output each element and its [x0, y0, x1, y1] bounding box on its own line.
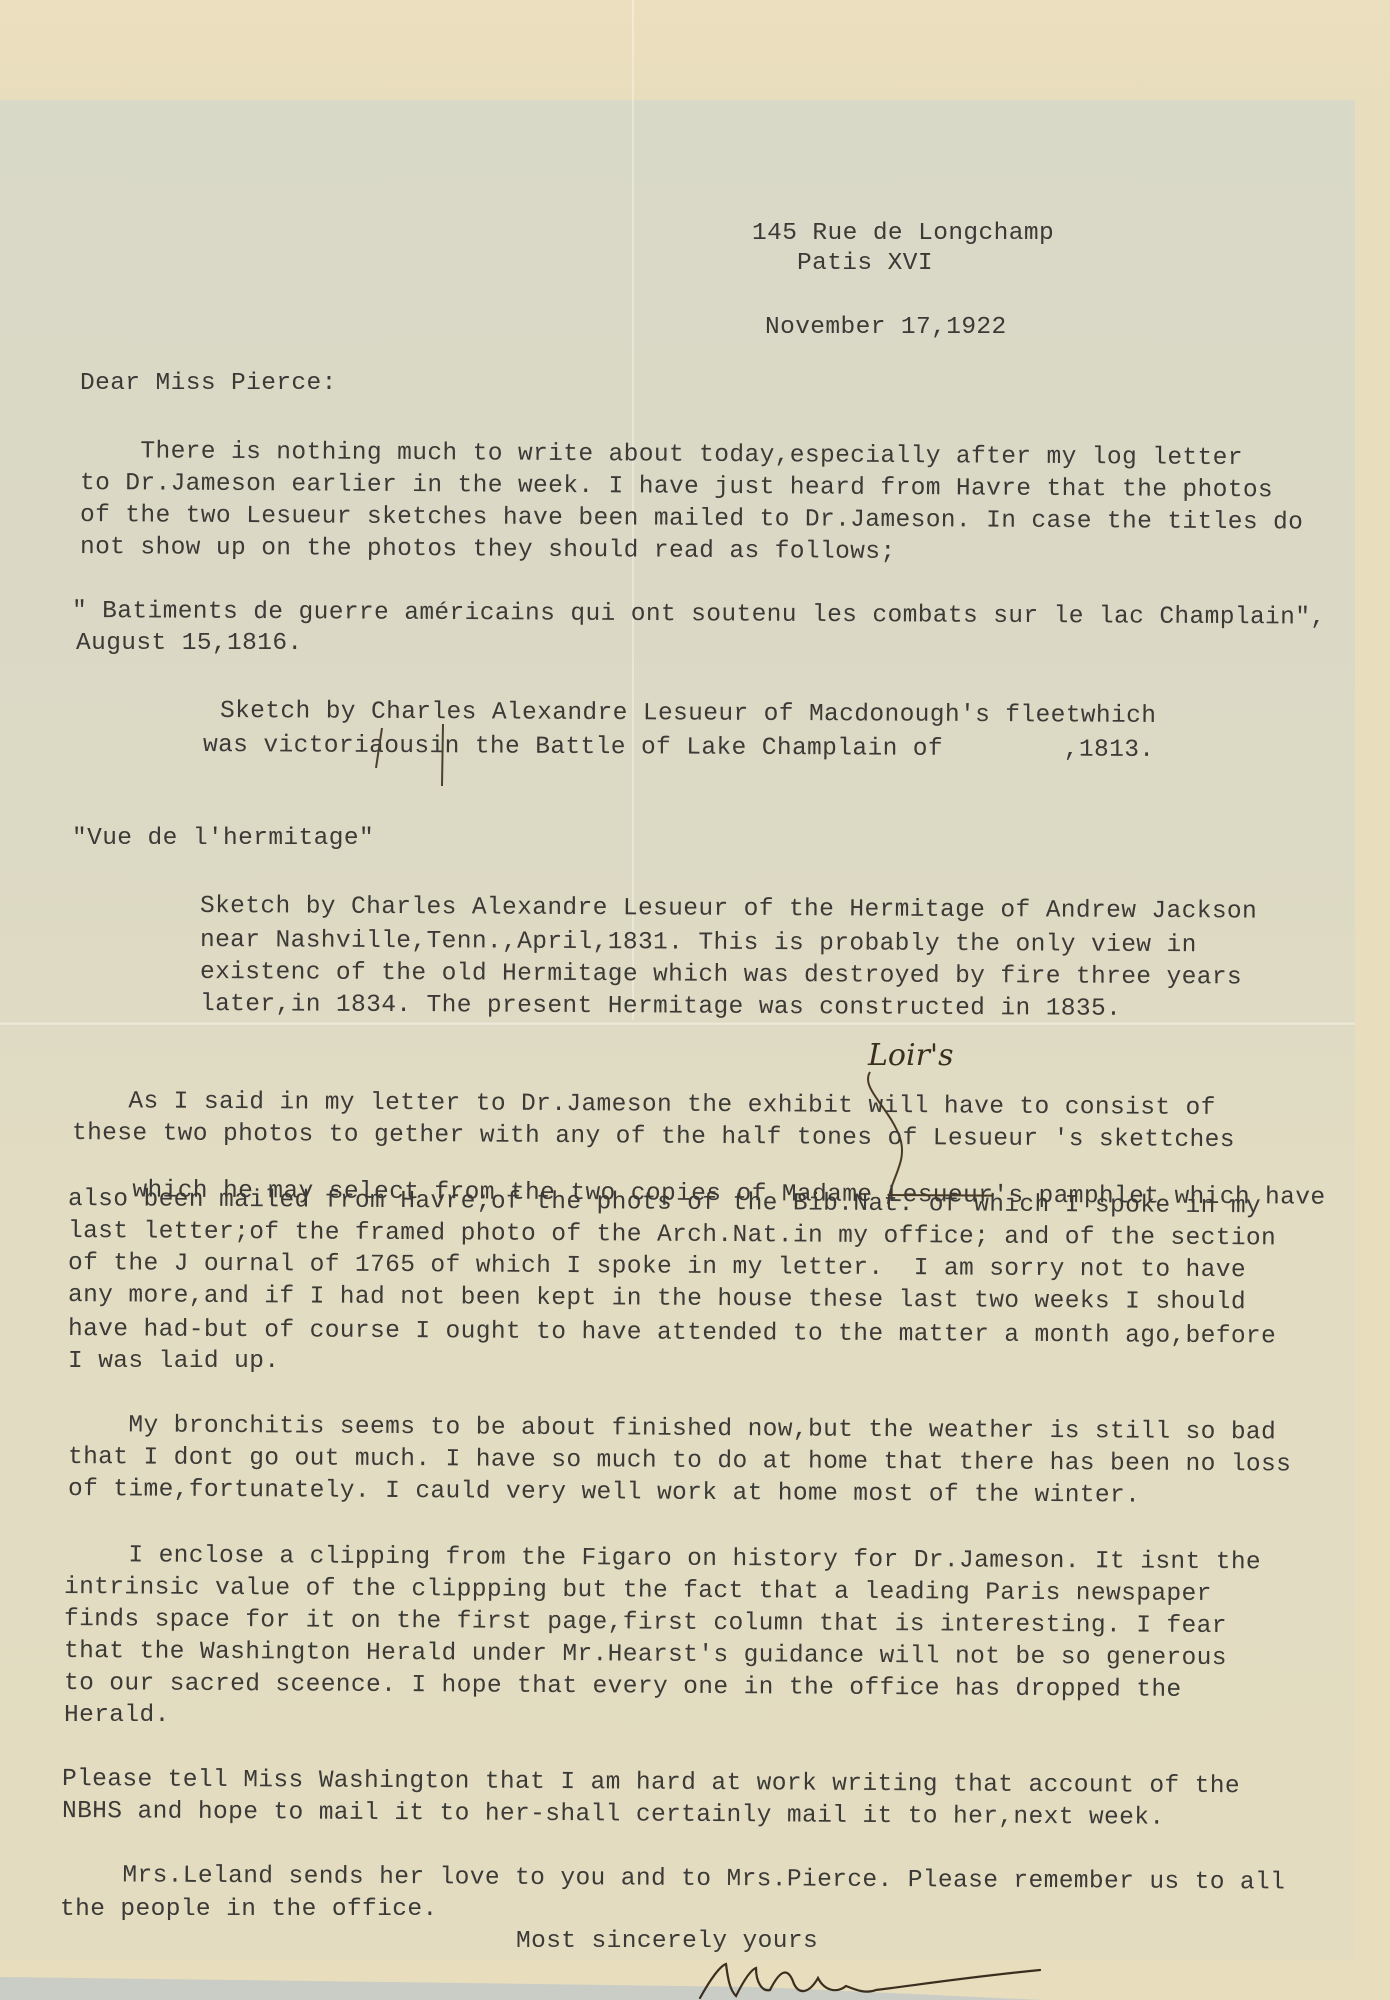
salutation: Dear Miss Pierce:	[80, 372, 337, 397]
sketch-caption-1-line: was victoriaousin the Battle of Lake Cha…	[203, 734, 1155, 763]
sketch-caption-2-line: near Nashville,Tenn.,April,1831. This is…	[200, 929, 1197, 959]
sketch-title-2: "Vue de l'hermitage"	[72, 827, 374, 852]
pen-correction-marks	[370, 720, 450, 790]
paragraph-4-line: Herald.	[64, 1704, 170, 1729]
address-line-1: 145 Rue de Longchamp	[752, 222, 1054, 247]
paragraph-1-line: not show up on the photos they should re…	[80, 536, 896, 565]
sketch-caption-2-line: existenc of the old Hermitage which was …	[200, 961, 1242, 991]
letter-date: November 17,1922	[765, 316, 1007, 341]
paragraph-6-line: the people in the office.	[60, 1898, 438, 1923]
horizontal-fold-line	[0, 1022, 1355, 1026]
sketch-caption-1-line: Sketch by Charles Alexandre Lesueur of M…	[220, 700, 1156, 729]
sketch-caption-2-line: later,in 1834. The present Hermitage was…	[200, 993, 1121, 1022]
closing: Most sincerely yours	[516, 1930, 818, 1955]
address-line-2: Patis XVI	[797, 252, 933, 277]
letter-page: 145 Rue de Longchamp Patis XVI November …	[0, 0, 1390, 2000]
sketch-title-1-date: August 15,1816.	[76, 632, 303, 657]
sketch-caption-2-line: Sketch by Charles Alexandre Lesueur of t…	[200, 895, 1257, 925]
signature	[690, 1960, 1070, 2000]
paragraph-2-line: I was laid up.	[68, 1350, 279, 1375]
